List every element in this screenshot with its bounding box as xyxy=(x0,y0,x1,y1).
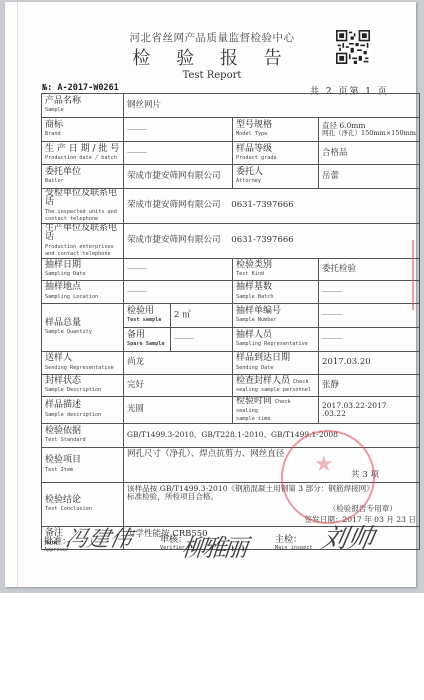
label-sample-quantity: 样品总量 xyxy=(45,319,120,328)
label-seal-checker-en-inline: Check xyxy=(293,379,309,385)
value-conclusion-line2: 标准检验，所检项目合格。 xyxy=(127,493,416,501)
row-sample-desc: 样品描述Sample description 光圆 检验时间 Check sea… xyxy=(42,396,420,423)
value-bailor: 荣成市捷安筛网有限公司 xyxy=(124,165,233,189)
value-model-mesh: 网孔（净孔）150mm×150mm xyxy=(322,130,416,137)
value-test-kind: 委托检验 xyxy=(319,258,420,280)
label-production-unit: 生产单位及联系电话 xyxy=(45,224,120,243)
page-margin-line xyxy=(17,2,18,587)
value-brand: ——— xyxy=(124,118,233,142)
label-test-kind: 检验类别 xyxy=(236,261,315,270)
label-sample-state: 封样状态 xyxy=(45,377,120,386)
label-sampling-date: 抽样日期 xyxy=(45,261,120,270)
label-sampling-rep: 抽样人员 xyxy=(236,331,315,340)
label-sample: 产品名称 xyxy=(45,97,120,106)
label-sampling-location: 抽样地点 xyxy=(45,283,120,292)
label-sample-number-en: Sample Number xyxy=(236,318,315,323)
label-inspected-unit-en1: The inspected units and xyxy=(45,210,120,215)
label-sample-batch-en: Sample Batch xyxy=(236,295,315,300)
label-sample-en: Sample xyxy=(45,108,120,113)
label-sending-date-en: Sending Date xyxy=(236,366,315,371)
seam-seal-fragment xyxy=(412,240,420,310)
label-check-time-en: sample time xyxy=(236,417,315,422)
approver-signature: 冯建伟 xyxy=(63,522,136,553)
value-model: 直径 6.0mm网孔（净孔）150mm×150mm xyxy=(319,118,420,142)
value-sending-date: 2017.03.20 xyxy=(319,351,420,374)
label-sample-batch: 抽样基数 xyxy=(236,283,315,292)
value-check-time: 2017.03.22-2017.03.22 xyxy=(319,396,420,423)
value-production-unit: 荣成市捷安筛网有限公司 0631-7397666 xyxy=(124,223,420,258)
inspector-label: 主检： xyxy=(275,532,312,545)
label-model: 型号规格 xyxy=(236,121,315,130)
seal-star-icon: ★ xyxy=(314,452,334,477)
label-grade: 样品等级 xyxy=(236,145,315,154)
label-sending-date: 样品到达日期 xyxy=(236,354,315,363)
value-sample-state: 完好 xyxy=(124,374,233,396)
value-standard: GB/T1499.3-2010、GB/T228.1-2010、GB/T1499.… xyxy=(124,423,420,447)
value-test-item-list: 网孔尺寸（净孔）、焊点抗剪力、网丝直径 xyxy=(127,450,416,459)
label-conclusion: 检验结论 xyxy=(45,496,120,505)
label-seal-checker: 检查封样人员 xyxy=(236,376,290,386)
label-sampling-rep-en: Sampling Representative xyxy=(236,342,315,347)
value-attorney: 岳蕾 xyxy=(319,165,420,189)
label-sample-state-en: Sample Description xyxy=(45,388,120,393)
value-sample-batch: ——— xyxy=(319,280,420,303)
label-grade-en: Product grade xyxy=(236,156,315,161)
row-sample: 产品名称Sample 钢丝网片 xyxy=(42,94,420,118)
inspector-block: 主检： Main inspect xyxy=(275,532,312,551)
label-conclusion-en: Test Conclusion xyxy=(45,507,120,512)
report-number-label: №: xyxy=(42,83,52,93)
value-sample-desc: 光圆 xyxy=(124,396,233,423)
value-sample: 钢丝网片 xyxy=(124,94,420,118)
label-attorney: 委托人 xyxy=(236,168,315,177)
verifier-signature: 柳雅丽 xyxy=(180,528,247,563)
value-test-sample: 2 ㎡ xyxy=(171,303,233,327)
value-production-date: ——— xyxy=(124,142,233,165)
row-brand: 商标Brand ——— 型号规格Model Type 直径 6.0mm网孔（净孔… xyxy=(42,118,420,142)
label-test-sample: 检验用 xyxy=(127,307,167,316)
value-test-item: 网孔尺寸（净孔）、焊点抗剪力、网丝直径 共 3 项 xyxy=(124,447,420,482)
label-bailor: 委托单位 xyxy=(45,168,120,177)
value-seal-checker: 张静 xyxy=(319,374,420,396)
label-check-time: 检验时间 xyxy=(236,396,272,406)
label-sampling-location-en: Sampling Location xyxy=(45,295,120,300)
row-production-unit: 生产单位及联系电话Production enterprisesand conta… xyxy=(42,223,420,258)
label-sending-rep-en: Sending Representative xyxy=(45,366,120,371)
value-spare-sample: ——— xyxy=(171,327,233,351)
label-brand: 商标 xyxy=(45,121,120,130)
label-production-date: 生 产 日 期 / 批 号 xyxy=(45,145,120,154)
label-production-unit-en1: Production enterprises xyxy=(45,245,120,250)
label-spare-sample: 备用 xyxy=(127,331,167,340)
report-number: №: A-2017-W0261 xyxy=(42,83,119,93)
label-sample-desc: 样品描述 xyxy=(45,401,120,410)
report-subtitle: Test Report xyxy=(0,70,424,81)
label-standard: 检验依据 xyxy=(45,427,120,436)
label-attorney-en: Attorney xyxy=(236,179,315,184)
label-brand-en: Brand xyxy=(45,132,120,137)
value-sample-number: ——— xyxy=(319,303,420,327)
row-sampling-location: 抽样地点Sampling Location ——— 抽样基数Sample Bat… xyxy=(42,280,420,303)
label-sample-number: 抽样单编号 xyxy=(236,307,315,316)
row-sample-state: 封样状态Sample Description 完好 检查封样人员 Checkse… xyxy=(42,374,420,396)
row-test-sample: 样品总量Sample Quantity 检验用Test sample 2 ㎡ 抽… xyxy=(42,303,420,327)
label-spare-sample-en: Spare Sample xyxy=(127,342,167,347)
inspection-seal xyxy=(281,430,375,524)
value-sending-rep: 尚龙 xyxy=(124,351,233,374)
value-check-time-line2: .03.22 xyxy=(322,410,416,418)
label-inspected-unit: 受检单位及联系电话 xyxy=(45,189,120,208)
value-sampling-date: ——— xyxy=(124,258,233,280)
label-test-kind-en: Test Kind xyxy=(236,272,315,277)
value-sampling-location: ——— xyxy=(124,280,233,303)
label-standard-en: Test Standard xyxy=(45,438,120,443)
label-seal-checker-en: sealing sample personnel xyxy=(236,388,315,393)
label-bailor-en: Bailor xyxy=(45,179,120,184)
row-inspected-unit: 受检单位及联系电话The inspected units andcontact … xyxy=(42,189,420,224)
qr-code-icon xyxy=(336,30,370,64)
label-test-item-en: Test Item xyxy=(45,468,120,473)
row-production-date: 生 产 日 期 / 批 号Production date / batch ———… xyxy=(42,142,420,165)
value-grade: 合格品 xyxy=(319,142,420,165)
row-standard: 检验依据Test Standard GB/T1499.3-2010、GB/T22… xyxy=(42,423,420,447)
label-production-date-en: Production date / batch xyxy=(45,156,120,161)
row-bailor: 委托单位Bailor 荣成市捷安筛网有限公司 委托人Attorney 岳蕾 xyxy=(42,165,420,189)
inspector-signature: 刘帅 xyxy=(319,518,378,555)
label-sampling-date-en: Sampling Date xyxy=(45,272,120,277)
label-production-unit-en2: and contact telephone xyxy=(45,252,120,257)
value-inspected-unit: 荣成市捷安筛网有限公司 0631-7397666 xyxy=(124,189,420,224)
row-sampling-date: 抽样日期Sampling Date ——— 检验类别Test Kind 委托检验 xyxy=(42,258,420,280)
row-sending-rep: 送样人Sending Representative 尚龙 样品到达日期Sendi… xyxy=(42,351,420,374)
report-number-value: A-2017-W0261 xyxy=(57,83,118,93)
label-test-sample-en: Test sample xyxy=(127,318,167,323)
label-sample-desc-en: Sample description xyxy=(45,413,120,418)
label-model-en: Model Type xyxy=(236,132,315,137)
label-sending-rep: 送样人 xyxy=(45,354,120,363)
value-sampling-rep: ——— xyxy=(319,327,420,351)
label-inspected-unit-en2: contact telephone xyxy=(45,217,120,222)
label-test-item: 检验项目 xyxy=(45,456,120,465)
inspector-label-en: Main inspect xyxy=(275,545,312,551)
label-sample-quantity-en: Sample Quantity xyxy=(45,330,120,335)
